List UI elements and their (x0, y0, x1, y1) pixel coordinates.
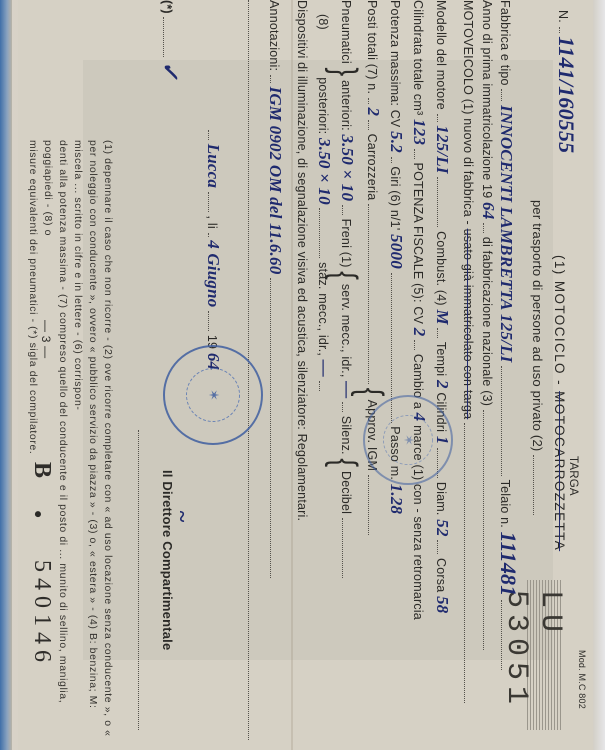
date-prefix: , li (205, 216, 219, 229)
serial-number: 540146 (28, 560, 55, 668)
combust-label: Combust. (4) (434, 231, 448, 306)
row-anno: Anno di prima immatricolazione 19 64 di … (478, 0, 498, 650)
brace-icon: { (357, 388, 385, 397)
director-line (135, 430, 149, 730)
number-value: 1141/160555 (554, 36, 579, 153)
tempi-label: Tempi (434, 342, 448, 376)
vehicle-registration-document: N. 1141/160555 (1) MOTOCICLO - MOTOCARRO… (18, 0, 593, 750)
fabbrica-value: INNOCENTI LAMBRETTA 125/LI (497, 105, 516, 362)
plate-label: TARGA (567, 456, 579, 496)
carrozzeria-label: Carrozzeria (365, 134, 379, 201)
modello-label: Modello del motore (434, 0, 448, 110)
combust-value: M (433, 309, 452, 324)
title-prefix: (1) MOTOCICLO - (552, 255, 567, 386)
anno-label: Anno di prima immatricolazione 19 (480, 0, 494, 198)
place-value: Lucca (204, 144, 223, 188)
dispositivi-label: Dispositivi di illuminazione, di segnala… (295, 0, 309, 430)
potenza-label: Potenza massima: CV (388, 0, 402, 127)
fabbrica-label: Fabbrica e tipo (498, 0, 512, 86)
page-number: — 3 — (39, 320, 53, 358)
serial-series: B (28, 462, 55, 484)
dispositivi-value: Regolamentari. (295, 434, 309, 522)
posti-value: 2 (364, 108, 383, 117)
official-stamp-lower: ✶ (163, 345, 263, 445)
anno-value: 64 (479, 202, 498, 219)
date-value: 4 Giugno (204, 240, 223, 307)
anteriori-value: 3.50 × 10 (338, 134, 357, 201)
row-dispositivi: Dispositivi di illuminazione, di segnala… (295, 0, 309, 521)
row-cilindrata: Cilindrata totale cm³ 123 POTENZA FISCAL… (409, 0, 429, 620)
motoveicolo-struck: usato già immatricolato con targa (461, 229, 475, 420)
motoveicolo-label: MOTOVEICOLO (1) nuovo di fabbrica - (461, 0, 475, 225)
freni-staz-value: — (315, 360, 334, 377)
corsa-value: 58 (433, 596, 452, 613)
posti-label: Posti totali (7) n. (365, 0, 379, 94)
freni-staz-label: staz. mecc., idr., (316, 262, 330, 356)
brace-icon: { (331, 271, 359, 280)
potenza-fiscale-value: 2 (410, 328, 429, 337)
cilindrata-label: Cilindrata totale cm³ (411, 0, 425, 115)
emblem-icon: ✶ (383, 415, 432, 464)
emblem-icon: ✶ (186, 368, 241, 423)
row-annotazioni: Annotazioni: IGM 0902 OM del 11.6.60 (265, 0, 285, 578)
asterisk-label: (*) (160, 0, 174, 14)
serial-bullet-icon: ● (31, 510, 47, 519)
number-label: N. (556, 10, 570, 23)
director-label: Il Direttore Compartimentale (160, 470, 175, 650)
row-pneumatici: Pneumatici } anteriori: 3.50 × 10 Freni … (335, 0, 357, 578)
decibel-label: Decibel (339, 471, 353, 514)
corsa-label: Corsa (434, 558, 448, 592)
diam-label: Diam. (434, 482, 448, 516)
form-code: Mod. M.C 802 (577, 650, 587, 709)
tempi-value: 2 (433, 380, 452, 389)
passo-value: 1.28 (387, 484, 406, 515)
row-modello: Modello del motore 125/LI Combust. (4) M… (432, 0, 452, 613)
pneumatici-note: (8) (316, 14, 330, 30)
document-title: (1) MOTOCICLO - MOTOCARROZZETTA (552, 255, 567, 551)
paper-fold (291, 0, 293, 750)
anteriori-label: anteriori: (339, 80, 353, 131)
official-stamp-upper: ✶ (363, 395, 453, 485)
left-edge (0, 0, 12, 750)
diam-value: 52 (433, 519, 452, 536)
potenza-value: 5.2 (387, 131, 406, 153)
annotazioni-value: IGM 0902 OM del 11.6.60 (266, 87, 285, 275)
telaio-value: 111481 (496, 532, 521, 597)
row-posteriori: (8) posteriori: 3.50 × 10 staz. mecc., i… (314, 14, 334, 391)
fabbricazione-label: di fabbricazione nazionale (3) (480, 237, 494, 406)
pneumatici-label: Pneumatici (339, 0, 353, 64)
giri-value: 5000 (387, 234, 406, 269)
freni-serv-value: — (338, 381, 357, 398)
modello-value: 125/LI (433, 125, 452, 173)
freni-label: Freni (1) (339, 219, 353, 268)
document-subtitle: per trasporto di persone ad uso privato … (530, 200, 545, 515)
brace-icon: } (331, 68, 359, 77)
row-place-date: Lucca , li 4 Giugno 19 64 (203, 130, 223, 370)
giri-label: Giri (6) n/1' (388, 166, 402, 230)
telaio-label: Telaio n. (498, 480, 512, 528)
row-motoveicolo: MOTOVEICOLO (1) nuovo di fabbrica - usat… (461, 0, 475, 703)
brace-icon: { (331, 458, 359, 467)
row-fabbrica: Fabbrica e tipo INNOCENTI LAMBRETTA 125/… (495, 0, 521, 670)
subtitle: per trasporto di persone ad uso privato … (530, 200, 545, 451)
freni-serv-label: serv. mecc., idr., (339, 284, 353, 378)
cilindrata-value: 123 (410, 119, 429, 145)
potenza-fiscale-label: POTENZA FISCALE (5): CV (411, 163, 425, 325)
compiler-signature: ✓ (158, 61, 183, 80)
director-signature: ~ (169, 510, 195, 523)
silenz-label: Silenz. (339, 416, 353, 455)
posteriori-value: 3.50 × 10 (315, 138, 334, 205)
posteriori-label: posteriori: (316, 77, 330, 134)
document-number: N. 1141/160555 (553, 10, 579, 153)
title-struck: MOTOCARROZZETTA (552, 391, 567, 551)
row-compiler: (*) ✓ (157, 0, 183, 80)
annotazioni-label: Annotazioni: (267, 0, 281, 71)
